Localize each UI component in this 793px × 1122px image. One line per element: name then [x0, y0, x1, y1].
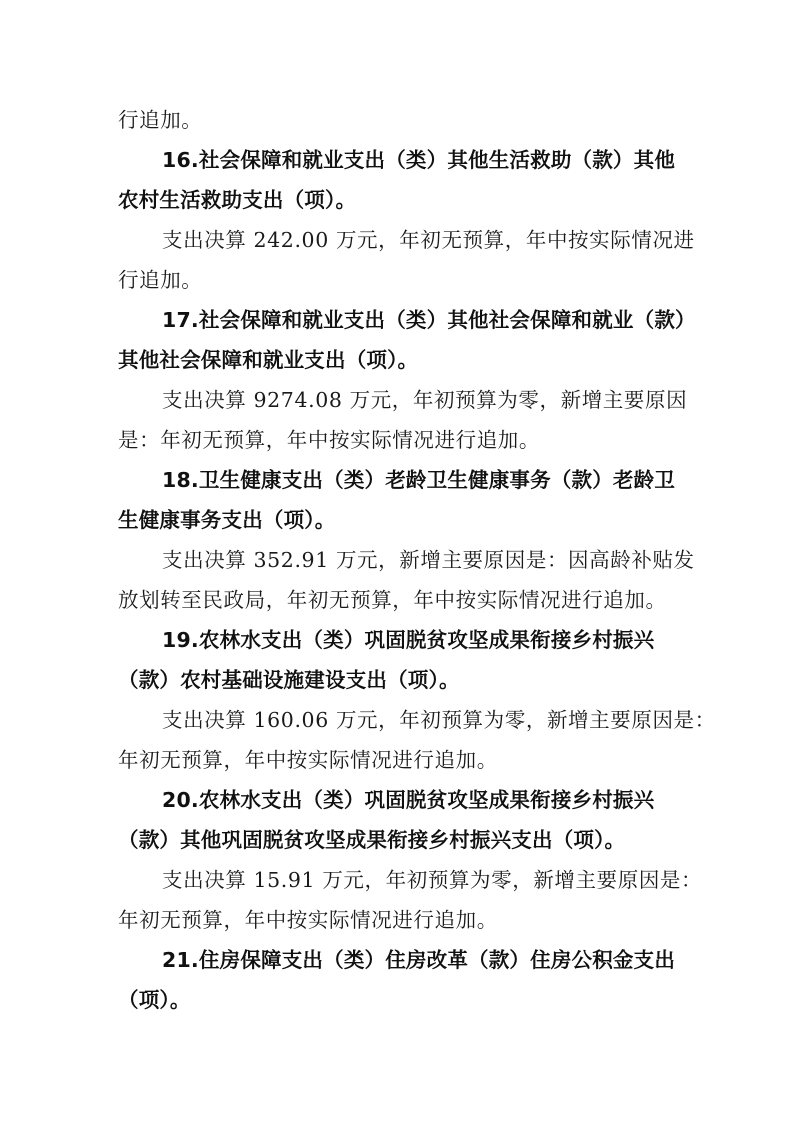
body-text-line: 行追加。 [118, 100, 202, 140]
section-heading-21: 21.住房保障支出（类）住房改革（款）住房公积金支出 [162, 940, 675, 980]
section-heading-18-cont: 生健康事务支出（项）。 [118, 500, 335, 540]
section-heading-20-cont: （款）其他巩固脱贫攻坚成果衔接乡村振兴支出（项）。 [118, 820, 625, 860]
section-heading-18: 18.卫生健康支出（类）老龄卫生健康事务（款）老龄卫 [162, 460, 675, 500]
body-text-line: 支出决算 352.91 万元，新增主要原因是：因高龄补贴发 [162, 540, 695, 580]
body-text-line: 放划转至民政局，年初无预算，年中按实际情况进行追加。 [118, 580, 667, 620]
body-text-line: 支出决算 15.91 万元，年初预算为零，新增主要原因是： [162, 860, 702, 900]
section-heading-20: 20.农林水支出（类）巩固脱贫攻坚成果衔接乡村振兴 [162, 780, 654, 820]
body-text-line: 支出决算 242.00 万元，年初无预算，年中按实际情况进 [162, 220, 695, 260]
body-text-line: 支出决算 9274.08 万元，年初预算为零，新增主要原因 [162, 380, 687, 420]
section-heading-21-cont: （项）。 [118, 980, 191, 1020]
body-text-line: 是：年初无预算，年中按实际情况进行追加。 [118, 420, 540, 460]
body-text-line: 支出决算 160.06 万元，年初预算为零，新增主要原因是： [162, 700, 716, 740]
section-heading-16: 16.社会保障和就业支出（类）其他生活救助（款）其他 [162, 140, 675, 180]
body-text-line: 行追加。 [118, 260, 202, 300]
section-heading-19-cont: （款）农村基础设施建设支出（项）。 [118, 660, 460, 700]
section-heading-19: 19.农林水支出（类）巩固脱贫攻坚成果衔接乡村振兴 [162, 620, 654, 660]
section-heading-17-cont: 其他社会保障和就业支出（项）。 [118, 340, 418, 380]
body-text-line: 年初无预算，年中按实际情况进行追加。 [118, 740, 498, 780]
section-heading-16-cont: 农村生活救助支出（项）。 [118, 180, 356, 220]
section-heading-17: 17.社会保障和就业支出（类）其他社会保障和就业（款） [162, 300, 696, 340]
body-text-line: 年初无预算，年中按实际情况进行追加。 [118, 900, 498, 940]
